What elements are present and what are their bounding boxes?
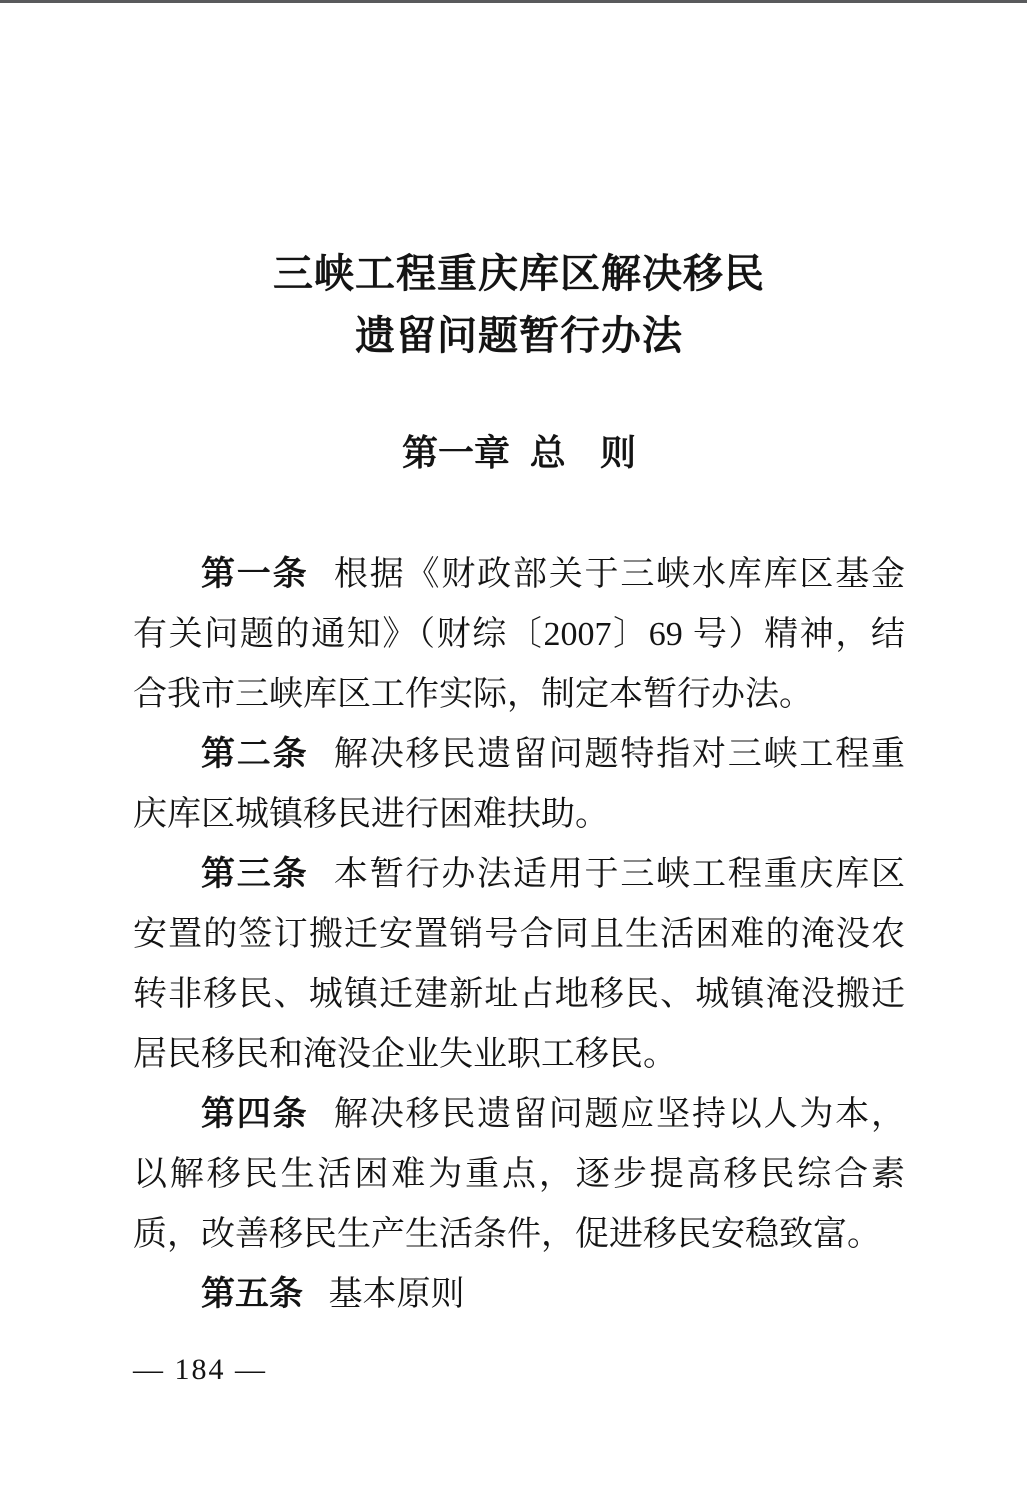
article-label: 第五条 — [201, 1276, 303, 1313]
chapter-number: 第一章 — [402, 432, 510, 473]
article-paragraph: 第二条解决移民遗留问题特指对三峡工程重庆库区城镇移民进行困难扶助。 — [133, 725, 905, 845]
article-paragraph: 第一条根据《财政部关于三峡水库库区基金有关问题的通知》（财综〔2007〕69 号… — [133, 545, 905, 725]
chapter-title-word-2: 则 — [600, 432, 636, 473]
document-title-line-2: 遗留问题暂行办法 — [133, 305, 905, 367]
chapter-heading: 第一章总则 — [133, 431, 905, 475]
article-paragraph: 第五条基本原则 — [133, 1265, 905, 1325]
article-body: 第一条根据《财政部关于三峡水库库区基金有关问题的通知》（财综〔2007〕69 号… — [133, 545, 905, 1325]
chapter-title-word-1: 总 — [530, 432, 566, 473]
article-paragraph: 第四条解决移民遗留问题应坚持以人为本，以解移民生活困难为重点，逐步提高移民综合素… — [133, 1085, 905, 1265]
article-label: 第四条 — [201, 1096, 308, 1133]
top-rule — [0, 0, 1027, 3]
document-title-line-1: 三峡工程重庆库区解决移民 — [133, 243, 905, 305]
document-title: 三峡工程重庆库区解决移民 遗留问题暂行办法 — [133, 0, 905, 367]
page-number: — 184 — — [133, 1352, 905, 1388]
article-label: 第一条 — [201, 556, 308, 593]
document-page: 三峡工程重庆库区解决移民 遗留问题暂行办法 第一章总则 第一条根据《财政部关于三… — [0, 0, 1027, 1388]
article-paragraph: 第三条本暂行办法适用于三峡工程重庆库区安置的签订搬迁安置销号合同且生活困难的淹没… — [133, 845, 905, 1085]
article-label: 第二条 — [201, 736, 308, 773]
article-text: 基本原则 — [329, 1276, 465, 1313]
article-label: 第三条 — [201, 856, 308, 893]
